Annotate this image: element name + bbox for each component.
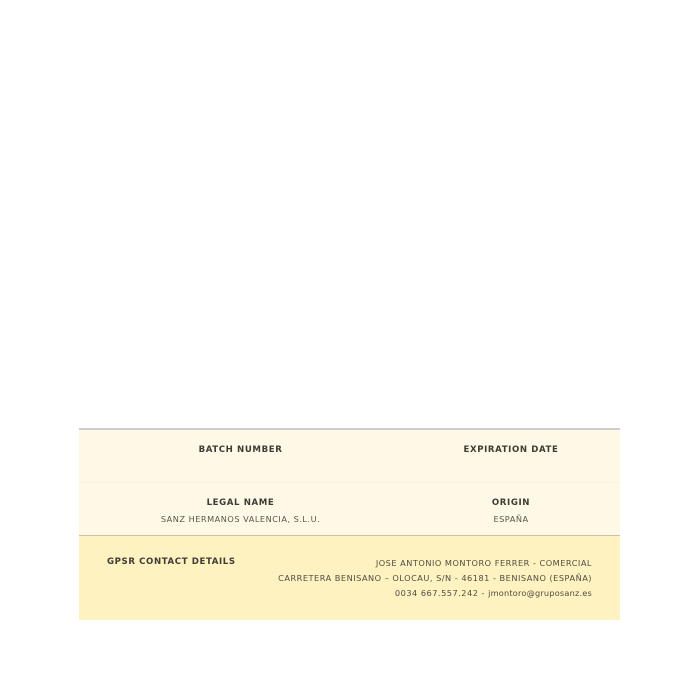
product-label-panel: BATCH NUMBER EXPIRATION DATE LEGAL NAME … xyxy=(79,428,620,620)
info-row-legal-origin: LEGAL NAME SANZ HERMANOS VALENCIA, S.L.U… xyxy=(79,482,620,535)
info-row-batch-expiration: BATCH NUMBER EXPIRATION DATE xyxy=(79,430,620,482)
batch-number-label: BATCH NUMBER xyxy=(79,444,402,456)
contact-email-link[interactable]: jmontoro@gruposanz.es xyxy=(488,588,592,598)
contact-phone-email-line: 0034 667.557.242 - jmontoro@gruposanz.es xyxy=(278,586,592,601)
contact-name-line: JOSE ANTONIO MONTORO FERRER - COMERCIAL xyxy=(278,556,592,571)
origin-label: ORIGIN xyxy=(402,497,620,509)
origin-cell: ORIGIN ESPAÑA xyxy=(402,483,620,535)
gpsr-contact-details: JOSE ANTONIO MONTORO FERRER - COMERCIAL … xyxy=(278,556,592,601)
contact-separator: - xyxy=(478,588,488,598)
contact-address-line: CARRETERA BENISANO – OLOCAU, S/N - 46181… xyxy=(278,571,592,586)
product-info-table: BATCH NUMBER EXPIRATION DATE LEGAL NAME … xyxy=(79,428,620,536)
expiration-date-label: EXPIRATION DATE xyxy=(402,444,620,456)
expiration-date-cell: EXPIRATION DATE xyxy=(402,430,620,482)
origin-value: ESPAÑA xyxy=(402,513,620,525)
gpsr-contact-label: GPSR CONTACT DETAILS xyxy=(107,557,236,567)
legal-name-value: SANZ HERMANOS VALENCIA, S.L.U. xyxy=(79,513,402,525)
contact-phone: 0034 667.557.242 xyxy=(395,588,479,598)
batch-number-cell: BATCH NUMBER xyxy=(79,430,402,482)
legal-name-label: LEGAL NAME xyxy=(79,497,402,509)
gpsr-contact-section: GPSR CONTACT DETAILS JOSE ANTONIO MONTOR… xyxy=(79,536,620,620)
legal-name-cell: LEGAL NAME SANZ HERMANOS VALENCIA, S.L.U… xyxy=(79,483,402,535)
